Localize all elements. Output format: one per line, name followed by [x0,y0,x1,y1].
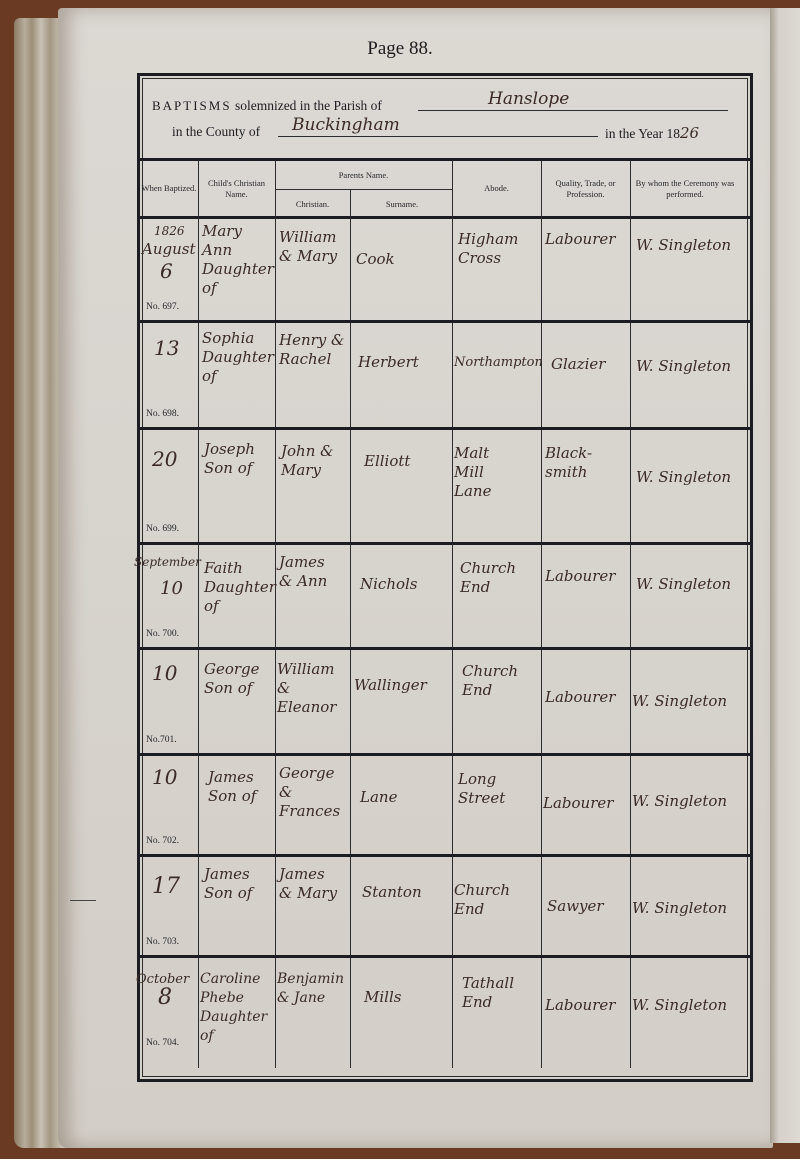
child-name: James Son of [204,865,264,903]
abode: Malt Mill Lane [454,444,514,501]
entry-month: August [142,240,195,259]
parents-surname: Mills [364,988,401,1007]
title-county-label: in the County of [172,124,260,140]
parents-christian: James & Mary [279,865,339,903]
cell-parent-christian: James & Ann [275,545,350,647]
abode: Church End [454,881,514,919]
header-child: Child's Christian Name. [198,161,275,216]
cell-abode: Higham Cross [452,216,541,320]
officiant: W. Singleton [632,899,727,918]
parents-surname: Herbert [358,353,419,372]
cell-abode: Tathall End [452,958,541,1068]
header-parents: Parents Name. [275,161,452,188]
cell-child: James Son of [198,756,275,854]
year-suffix: 26 [680,124,699,142]
county-field: Buckingham [278,116,598,137]
cell-when: 10 No.701. [140,650,198,753]
cell-trade: Labourer [541,545,630,647]
cell-parent-christian: John & Mary [275,430,350,542]
abode: Tathall End [462,974,522,1012]
cell-child: Caroline Phebe Daughter of [198,958,275,1068]
officiant: W. Singleton [632,996,727,1015]
cell-surname: Lane [350,756,452,854]
cell-when: 1826 August 6 No. 697. [140,216,198,320]
table-row: 1826 August 6 No. 697. Mary Ann Daughter… [140,216,750,323]
abode: Long Street [458,770,518,808]
register-title: BAPTISMS solemnized in the Parish of Han… [150,90,740,156]
parents-surname: Wallinger [354,676,427,695]
cell-by-whom: W. Singleton [630,650,740,753]
cell-by-whom: W. Singleton [630,430,740,542]
cell-surname: Stanton [350,857,452,955]
cell-abode: Malt Mill Lane [452,430,541,542]
cell-by-whom: W. Singleton [630,323,740,427]
header-by-whom: By whom the Ceremony was performed. [630,161,740,216]
table-row: October 8 No. 704. Caroline Phebe Daught… [140,958,750,1068]
cell-by-whom: W. Singleton [630,756,740,854]
entry-day: 10 [160,579,183,598]
entry-day: 20 [152,450,177,469]
child-name: James Son of [208,768,268,806]
child-name: George Son of [204,660,264,698]
parents-christian: George & Frances [279,764,349,821]
cell-abode: Church End [452,545,541,647]
cell-abode: Church End [452,857,541,955]
child-name: Sophia Daughter of [202,329,274,386]
table-row: September 10 No. 700. Faith Daughter of … [140,545,750,650]
cell-surname: Elliott [350,430,452,542]
header-when: When Baptized. [140,161,198,216]
cell-trade: Black-smith [541,430,630,542]
parish-value: Hanslope [488,89,569,109]
parents-christian: William & Mary [279,228,349,266]
entry-day: 13 [154,339,179,358]
header-trade: Quality, Trade, or Profession. [541,161,630,216]
cell-when: October 8 No. 704. [140,958,198,1068]
child-name: Caroline Phebe Daughter of [200,970,274,1046]
entry-day: 6 [160,262,173,281]
cell-child: Joseph Son of [198,430,275,542]
trade: Labourer [545,996,615,1015]
trade: Labourer [545,567,615,586]
table-row: 10 No.701. George Son of William & Elean… [140,650,750,756]
trade: Glazier [551,355,605,374]
county-value: Buckingham [292,115,400,135]
officiant: W. Singleton [636,575,731,594]
table-row: 10 No. 702. James Son of George & France… [140,756,750,857]
cell-parent-christian: Henry & Rachel [275,323,350,427]
cell-when: 13 No. 698. [140,323,198,427]
trade: Sawyer [547,897,604,916]
cell-parent-christian: Benjamin & Jane [275,958,350,1068]
parish-field: Hanslope [418,90,728,111]
header-parents-surname: Surname. [350,189,453,217]
title-year: in the Year 1826 [605,124,699,142]
cell-surname: Cook [350,216,452,320]
cell-child: Mary Ann Daughter of [198,216,275,320]
entry-day: 8 [158,988,172,1007]
entry-day: 10 [152,768,177,787]
table-row: 17 No. 703. James Son of James & Mary St… [140,857,750,958]
abode: Church End [462,662,522,700]
cell-trade: Glazier [541,323,630,427]
abode: Higham Cross [458,230,538,268]
child-name: Faith Daughter of [204,559,274,616]
register-frame: BAPTISMS solemnized in the Parish of Han… [137,73,753,1082]
child-name: Joseph Son of [204,440,274,478]
trade: Black-smith [545,444,605,482]
cell-abode: Long Street [452,756,541,854]
cell-abode: Church End [452,650,541,753]
entry-number: No. 703. [146,937,179,947]
title-solemnized: solemnized in the Parish of [235,98,382,113]
cell-surname: Herbert [350,323,452,427]
cell-surname: Nichols [350,545,452,647]
column-header-row: When Baptized. Child's Christian Name. P… [140,158,750,219]
officiant: W. Singleton [636,236,731,255]
cell-surname: Mills [350,958,452,1068]
parents-christian: Henry & Rachel [279,331,349,369]
cell-by-whom: W. Singleton [630,545,740,647]
title-baptisms: BAPTISMS [152,98,232,113]
officiant: W. Singleton [632,792,727,811]
entry-number: No. 704. [146,1038,179,1048]
entry-number: No. 699. [146,524,179,534]
facing-page-edge [770,8,800,1143]
entry-number: No.701. [146,735,177,745]
parents-christian: William & Eleanor [277,660,347,717]
cell-trade: Sawyer [541,857,630,955]
parents-surname: Stanton [362,883,422,902]
table-row: 20 No. 699. Joseph Son of John & Mary El… [140,430,750,545]
header-parents-christian: Christian. [275,189,350,217]
title-line-1: BAPTISMS solemnized in the Parish of [152,98,382,114]
entry-number: No. 702. [146,836,179,846]
cell-when: 20 No. 699. [140,430,198,542]
cell-trade: Labourer [541,650,630,753]
header-abode: Abode. [452,161,541,216]
abode: Church End [460,559,520,597]
cell-by-whom: W. Singleton [630,216,740,320]
entry-number: No. 700. [146,629,179,639]
abode: Northampton [454,353,543,372]
parents-surname: Lane [360,788,397,807]
entry-month: September [134,553,201,572]
entry-number: No. 697. [146,302,179,312]
parents-christian: John & Mary [281,442,347,480]
trade: Labourer [545,688,615,707]
margin-mark [70,900,96,901]
entry-number: No. 698. [146,409,179,419]
trade: Labourer [543,794,613,813]
cell-by-whom: W. Singleton [630,958,740,1068]
parents-surname: Elliott [364,452,410,471]
cell-parent-christian: George & Frances [275,756,350,854]
parents-surname: Nichols [360,575,418,594]
parents-surname: Cook [356,250,395,269]
officiant: W. Singleton [636,357,731,376]
cell-parent-christian: William & Mary [275,216,350,320]
cell-child: Faith Daughter of [198,545,275,647]
cell-when: September 10 No. 700. [140,545,198,647]
page-number: Page 88. [0,38,800,60]
cell-trade: Labourer [541,958,630,1068]
child-name: Mary Ann Daughter of [202,222,274,298]
entry-year: 1826 [154,222,185,241]
cell-by-whom: W. Singleton [630,857,740,955]
officiant: W. Singleton [636,468,731,487]
cell-child: George Son of [198,650,275,753]
year-label: in the Year 18 [605,126,680,141]
cell-trade: Labourer [541,756,630,854]
cell-child: Sophia Daughter of [198,323,275,427]
cell-surname: Wallinger [350,650,452,753]
cell-parent-christian: James & Mary [275,857,350,955]
trade: Labourer [545,230,615,249]
cell-parent-christian: William & Eleanor [275,650,350,753]
parents-christian: James & Ann [279,553,339,591]
parents-christian: Benjamin & Jane [277,970,347,1008]
officiant: W. Singleton [632,692,727,711]
cell-when: 10 No. 702. [140,756,198,854]
entry-day: 10 [152,664,177,683]
cell-trade: Labourer [541,216,630,320]
cell-when: 17 No. 703. [140,857,198,955]
entry-day: 17 [152,877,180,896]
cell-child: James Son of [198,857,275,955]
cell-abode: Northampton [452,323,541,427]
table-row: 13 No. 698. Sophia Daughter of Henry & R… [140,323,750,430]
